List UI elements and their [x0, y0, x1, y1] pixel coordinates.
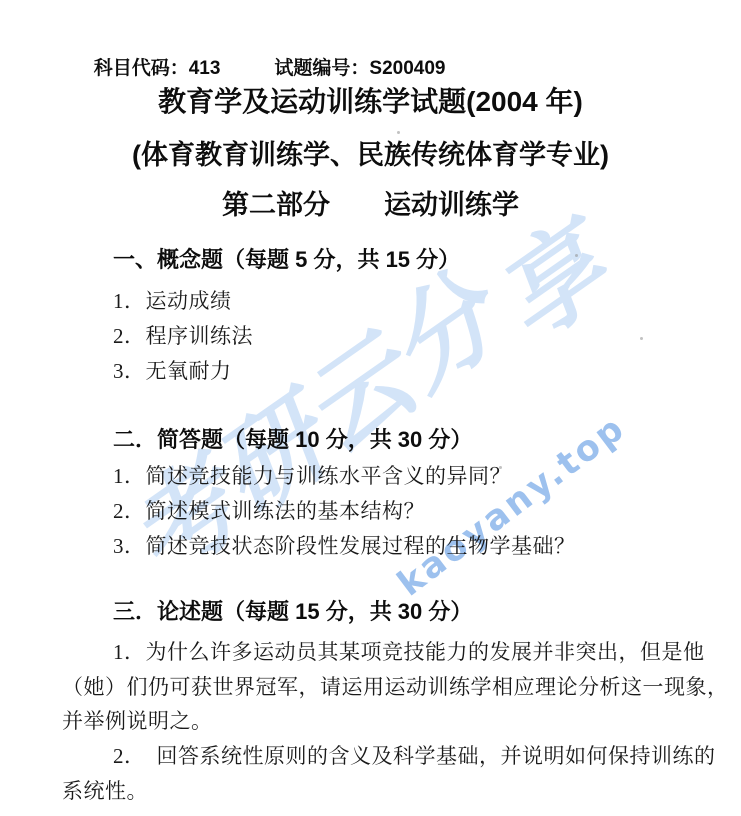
essay-line: 系统性。: [62, 775, 148, 805]
essay-line: 并举例说明之。: [62, 705, 213, 735]
part-title: 第二部分 运动训练学: [0, 183, 741, 222]
exam-paper-page: 考 研 云 分 享 kaoyany.top 科目代码：413试题编号：S2004…: [0, 0, 741, 816]
scan-speck: [284, 603, 287, 606]
subject-code: 科目代码：413: [94, 58, 221, 79]
essay-line: （她）们仍可获世界冠军，请运用运动训练学相应理论分析这一现象，: [62, 671, 729, 701]
section-2-item: 1．简述竞技能力与训练水平含义的异同？: [113, 460, 511, 490]
section-1-heading: 一、概念题（每题 5 分，共 15 分）: [113, 243, 460, 274]
paper-number: 试题编号：S200409: [274, 58, 445, 79]
exam-subtitle: (体育教育训练学、民族传统体育学专业): [0, 133, 741, 172]
scan-speck: [640, 337, 643, 340]
scan-speck: [397, 131, 400, 134]
section-1-item: 3．无氧耐力: [113, 355, 232, 385]
section-1-item: 2．程序训练法: [113, 320, 253, 350]
essay-line: 2． 回答系统性原则的含义及科学基础，并说明如何保持训练的: [113, 740, 716, 770]
section-2-item: 2．简述模式训练法的基本结构？: [113, 495, 425, 525]
exam-title: 教育学及运动训练学试题(2004 年): [0, 80, 741, 120]
scan-speck: [499, 466, 502, 469]
essay-line: 1．为什么许多运动员其某项竞技能力的发展并非突出，但是他: [113, 636, 705, 666]
document-content: 科目代码：413试题编号：S200409 教育学及运动训练学试题(2004 年)…: [0, 0, 741, 816]
section-2-item: 3．简述竞技状态阶段性发展过程的生物学基础？: [113, 530, 576, 560]
scan-speck: [575, 254, 578, 257]
section-2-heading: 二．简答题（每题 10 分，共 30 分）: [113, 423, 472, 454]
section-1-item: 1．运动成绩: [113, 285, 232, 315]
section-3-heading: 三．论述题（每题 15 分，共 30 分）: [113, 595, 472, 626]
